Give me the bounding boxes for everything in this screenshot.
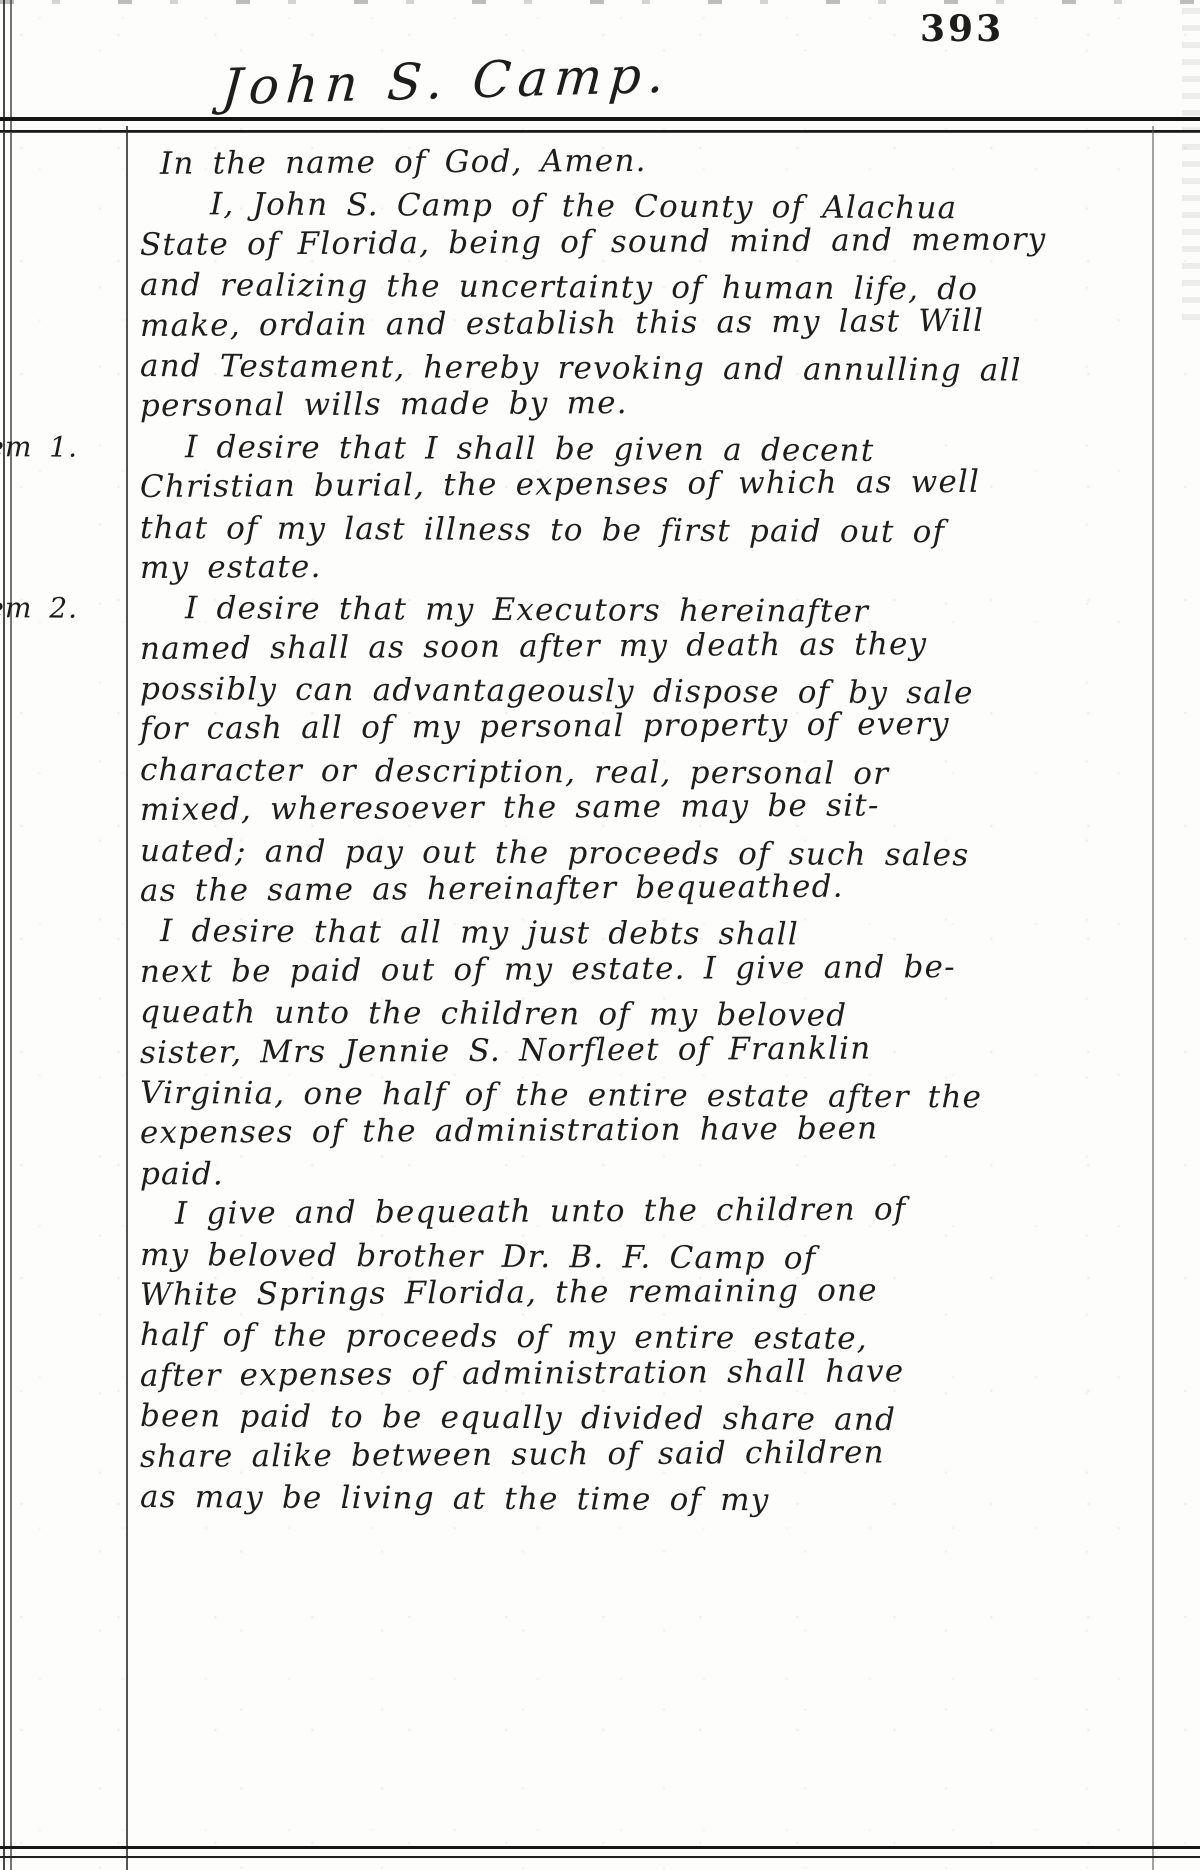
scan-top-edge-artifact bbox=[0, 0, 1200, 4]
manuscript-line: expenses of the administration have been bbox=[140, 1109, 1150, 1156]
manuscript-line: mixed, wheresoever the same may be sit- bbox=[140, 786, 1150, 833]
header-double-rule bbox=[0, 117, 1200, 133]
page-left-edge-rule-inner bbox=[10, 0, 12, 1870]
page-title: John S. Camp. bbox=[220, 46, 673, 117]
manuscript-line: as may be living at the time of my bbox=[140, 1479, 1150, 1525]
manuscript-line: my estate. bbox=[140, 544, 1150, 591]
manuscript-line: In the name of God, Amen. bbox=[140, 140, 1150, 187]
manuscript-line: next be paid out of my estate. I give an… bbox=[140, 948, 1150, 995]
manuscript-line: I give and bequeath unto the children of bbox=[140, 1190, 1150, 1237]
page-left-edge-rule bbox=[3, 0, 5, 1870]
bottom-double-rule bbox=[0, 1846, 1200, 1858]
right-margin-rule bbox=[1152, 126, 1154, 1870]
manuscript-line: sister, Mrs Jennie S. Norfleet of Frankl… bbox=[140, 1028, 1150, 1075]
manuscript-line: personal wills made by me. bbox=[140, 382, 1150, 429]
manuscript-line: after expenses of administration shall h… bbox=[140, 1352, 1150, 1399]
manuscript-line: Christian burial, the expenses of which … bbox=[140, 463, 1150, 510]
manuscript-line: as the same as hereinafter bequeathed. bbox=[140, 867, 1150, 914]
manuscript-line: State of Florida, being of sound mind an… bbox=[140, 221, 1150, 268]
manuscript-line: share alike between such of said childre… bbox=[140, 1432, 1150, 1479]
manuscript-text-block: In the name of God, Amen.I, John S. Camp… bbox=[140, 146, 1150, 1519]
manuscript-line: White Springs Florida, the remaining one bbox=[140, 1271, 1150, 1318]
manuscript-line: for cash all of my personal property of … bbox=[140, 705, 1150, 752]
page-number: 393 bbox=[920, 8, 1004, 50]
manuscript-line: make, ordain and establish this as my la… bbox=[140, 301, 1150, 348]
manuscript-line: named shall as soon after my death as th… bbox=[140, 625, 1150, 672]
margin-item-label: Item 1. bbox=[0, 430, 85, 464]
scan-right-edge-artifact bbox=[1182, 0, 1200, 320]
margin-divider-rule bbox=[126, 126, 128, 1870]
manuscript-page: 393 John S. Camp. In the name of God, Am… bbox=[0, 0, 1200, 1870]
margin-item-label: Item 2. bbox=[0, 591, 85, 625]
